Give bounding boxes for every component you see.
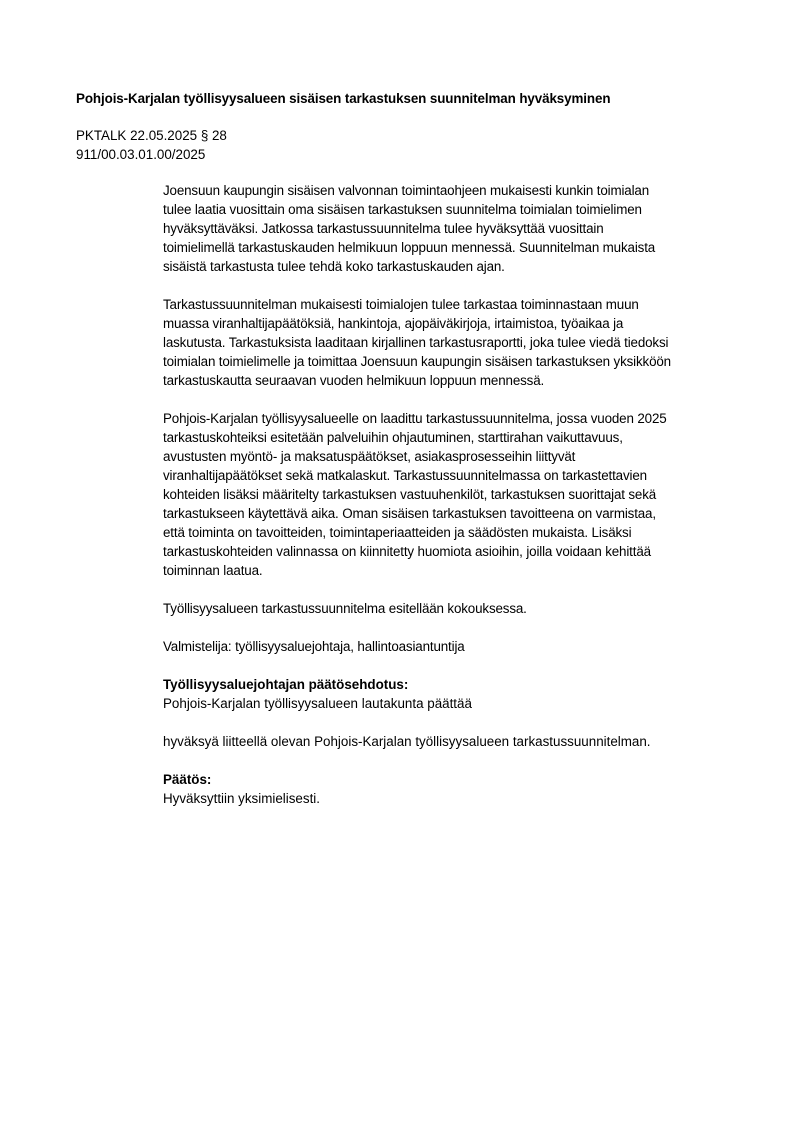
meeting-reference: PKTALK 22.05.2025 § 28	[76, 126, 227, 145]
text-line: toiminnan laatua.	[163, 561, 743, 580]
paragraph-preparer: Valmistelija: työllisyysaluejohtaja, hal…	[163, 637, 743, 656]
text-line: muassa viranhaltijapäätöksiä, hankintoja…	[163, 314, 743, 333]
document-page: Pohjois-Karjalan työllisyysalueen sisäis…	[0, 0, 794, 1122]
text-line: toimielimellä tarkastuskauden helmikuun …	[163, 238, 743, 257]
decision-heading: Päätös:	[163, 770, 743, 789]
text-line: tarkastuskohteiksi esitetään palveluihin…	[163, 428, 743, 447]
text-line: avustusten myöntö- ja maksatuspäätökset,…	[163, 447, 743, 466]
case-number: 911/00.03.01.00/2025	[76, 145, 227, 164]
paragraph-audit-scope: Tarkastussuunnitelman mukaisesti toimial…	[163, 295, 743, 390]
decision-text: Hyväksyttiin yksimielisesti.	[163, 789, 743, 808]
paragraph-presentation: Työllisyysalueen tarkastussuunnitelma es…	[163, 599, 743, 618]
decision-proposal: Työllisyysaluejohtajan päätösehdotus: Po…	[163, 675, 743, 713]
text-line: sisäistä tarkastusta tulee tehdä koko ta…	[163, 257, 743, 276]
text-line: että toiminta on tavoitteiden, toimintap…	[163, 523, 743, 542]
text-line: hyväksyttäväksi. Jatkossa tarkastussuunn…	[163, 219, 743, 238]
text-line: Valmistelija: työllisyysaluejohtaja, hal…	[163, 637, 743, 656]
decision: Päätös: Hyväksyttiin yksimielisesti.	[163, 770, 743, 808]
paragraph-internal-control: Joensuun kaupungin sisäisen valvonnan to…	[163, 181, 743, 276]
proposal-decision-text-block: hyväksyä liitteellä olevan Pohjois-Karja…	[163, 732, 743, 751]
text-line: tarkastuskohteiden valinnassa on kiinnit…	[163, 542, 743, 561]
text-line: laskutusta. Tarkastuksista laaditaan kir…	[163, 333, 743, 352]
document-title: Pohjois-Karjalan työllisyysalueen sisäis…	[76, 89, 610, 108]
proposal-decision-text: hyväksyä liitteellä olevan Pohjois-Karja…	[163, 732, 743, 751]
proposal-heading: Työllisyysaluejohtajan päätösehdotus:	[163, 675, 743, 694]
text-line: viranhaltijapäätökset sekä matkalaskut. …	[163, 466, 743, 485]
text-line: tarkastukseen käytettävä aika. Oman sisä…	[163, 504, 743, 523]
proposal-intro: Pohjois-Karjalan työllisyysalueen lautak…	[163, 694, 743, 713]
text-line: toimialan toimielimelle ja toimittaa Joe…	[163, 352, 743, 371]
document-body: Joensuun kaupungin sisäisen valvonnan to…	[163, 181, 743, 827]
text-line: tulee laatia vuosittain oma sisäisen tar…	[163, 200, 743, 219]
text-line: Tarkastussuunnitelman mukaisesti toimial…	[163, 295, 743, 314]
paragraph-audit-plan-2025: Pohjois-Karjalan työllisyysalueelle on l…	[163, 409, 743, 580]
text-line: Työllisyysalueen tarkastussuunnitelma es…	[163, 599, 743, 618]
text-line: tarkastuskautta seuraavan vuoden helmiku…	[163, 371, 743, 390]
text-line: Joensuun kaupungin sisäisen valvonnan to…	[163, 181, 743, 200]
document-meta: PKTALK 22.05.2025 § 28 911/00.03.01.00/2…	[76, 126, 227, 164]
text-line: Pohjois-Karjalan työllisyysalueelle on l…	[163, 409, 743, 428]
text-line: kohteiden lisäksi määritelty tarkastukse…	[163, 485, 743, 504]
